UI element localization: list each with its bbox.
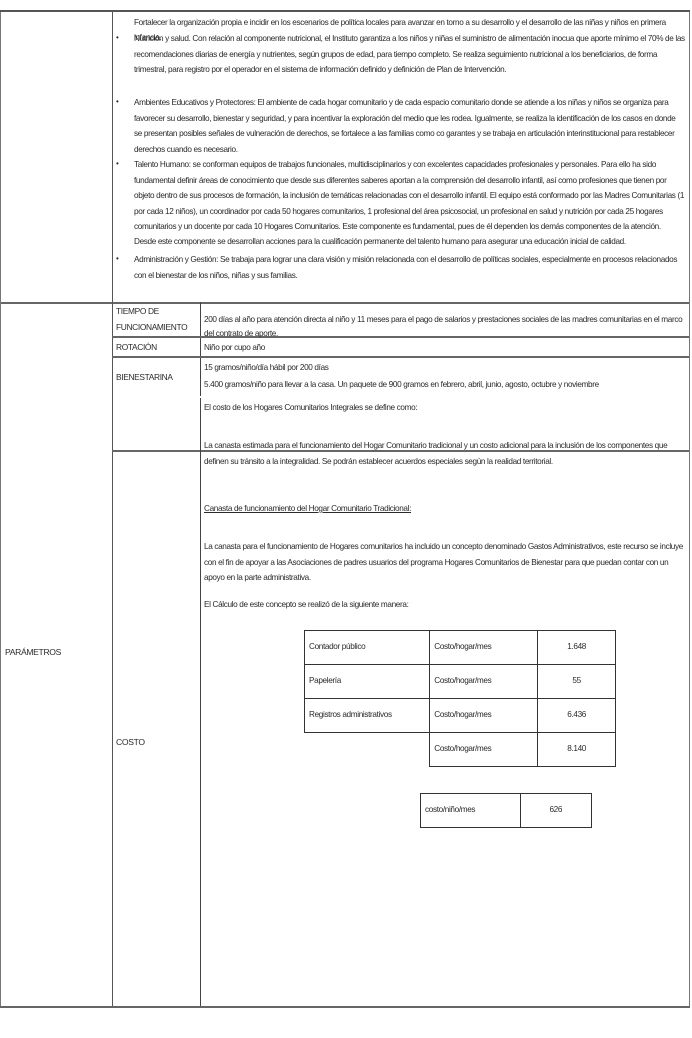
bullet-icon: • xyxy=(116,34,118,42)
table-cell-unit: Costo/hogar/mes xyxy=(430,665,538,699)
components-row: Fortalecer la organización propia e inci… xyxy=(0,10,690,304)
bullet-nutricion: Nutrición y salud. Con relación al compo… xyxy=(134,31,685,78)
table-cell-value: 6.436 xyxy=(538,699,616,733)
table-row-total: Costo/hogar/mes 8.140 xyxy=(305,733,616,767)
per-child-value: 626 xyxy=(520,794,591,828)
tiempo-label-2: FUNCIONAMIENTO xyxy=(116,320,187,335)
tiempo-label-1: TIEMPO DE xyxy=(116,304,159,319)
table-row: costo/niño/mes 626 xyxy=(421,794,592,828)
table-cell-value: 1.648 xyxy=(538,631,616,665)
per-child-table: costo/niño/mes 626 xyxy=(420,793,592,828)
costo-label: COSTO xyxy=(116,738,145,747)
parametros-label-cell: PARÁMETROS xyxy=(0,302,113,1006)
tiempo-value: 200 días al año para atención directa al… xyxy=(204,313,685,341)
row-rotacion: ROTACIÓN Niño por cupo año xyxy=(112,338,689,358)
bullet-icon: • xyxy=(116,255,118,263)
rotacion-label: ROTACIÓN xyxy=(116,340,157,355)
parametros-row: PARÁMETROS TIEMPO DE FUNCIONAMIENTO 200 … xyxy=(0,302,690,1008)
bullet-administracion: Administración y Gestión: Se trabaja par… xyxy=(134,252,685,283)
table-cell-value: 55 xyxy=(538,665,616,699)
table-cell-unit: Costo/hogar/mes xyxy=(430,631,538,665)
total-unit: Costo/hogar/mes xyxy=(430,733,538,767)
parametros-label: PARÁMETROS xyxy=(5,648,61,657)
components-label-cell xyxy=(0,12,113,302)
costo-heading: Canasta de funcionamiento del Hogar Comu… xyxy=(204,501,685,517)
bullet-icon: • xyxy=(116,160,118,168)
per-child-unit: costo/niño/mes xyxy=(421,794,521,828)
table-row: Registros administrativos Costo/hogar/me… xyxy=(305,699,616,733)
table-cell-item: Registros administrativos xyxy=(305,699,430,733)
costo-p1: El costo de los Hogares Comunitarios Int… xyxy=(204,400,685,416)
bullet-ambientes: Ambientes Educativos y Protectores: El a… xyxy=(134,95,685,157)
components-content-cell: Fortalecer la organización propia e inci… xyxy=(112,12,690,302)
bienestarina-value-2: 5.400 gramos/niño para llevar a la casa.… xyxy=(204,378,685,392)
costo-p4: El Cálculo de este concepto se realizó d… xyxy=(204,597,685,613)
bullet-icon: • xyxy=(116,98,118,106)
bienestarina-label: BIENESTARINA xyxy=(116,370,173,385)
rotacion-value: Niño por cupo año xyxy=(204,341,685,355)
table-row: Papelería Costo/hogar/mes 55 xyxy=(305,665,616,699)
bienestarina-value-1: 15 gramos/niño/día hábil por 200 días xyxy=(204,361,685,375)
bullet-talento-humano: Talento Humano: se conforman equipos de … xyxy=(134,157,685,235)
table-cell-unit: Costo/hogar/mes xyxy=(430,699,538,733)
table-cell-item: Papelería xyxy=(305,665,430,699)
row-tiempo-funcionamiento: TIEMPO DE FUNCIONAMIENTO 200 días al año… xyxy=(112,302,689,338)
table-row: Contador público Costo/hogar/mes 1.648 xyxy=(305,631,616,665)
total-value: 8.140 xyxy=(538,733,616,767)
costo-table: Contador público Costo/hogar/mes 1.648 P… xyxy=(304,630,616,767)
table-cell-item: Contador público xyxy=(305,631,430,665)
costo-p2: La canasta estimada para el funcionamien… xyxy=(204,438,685,469)
row-costo: COSTO El costo de los Hogares Comunitari… xyxy=(112,398,689,1006)
costo-p3: La canasta para el funcionamiento de Hog… xyxy=(204,539,685,586)
parametros-sub-table: TIEMPO DE FUNCIONAMIENTO 200 días al año… xyxy=(112,302,690,1006)
talento-humano-extra: Desde este componente se desarrollan acc… xyxy=(134,234,685,250)
